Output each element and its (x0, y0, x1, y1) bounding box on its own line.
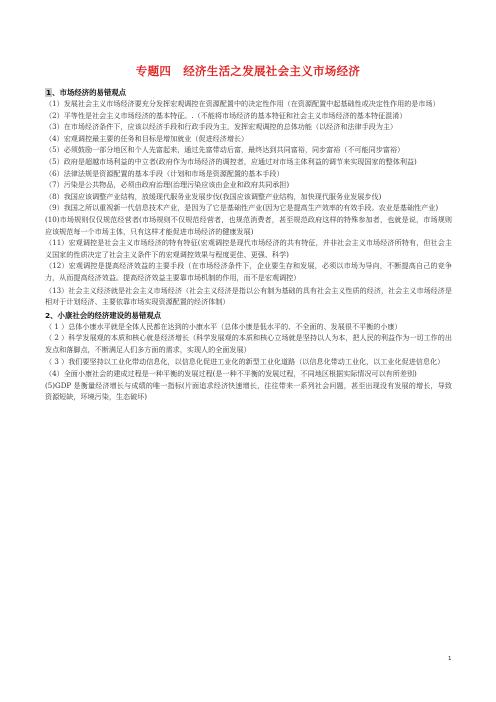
section-xiaokang-society: 2、小康社会的经济建设的易错观点 （ 1 ）总体小康水平就是全体人民都在达到的小… (45, 310, 452, 403)
list-item: （1）发展社会主义市场经济要充分发挥宏观调控在资源配置中的决定性作用（在资源配置… (45, 98, 452, 110)
section-heading-text: 、市场经济的易错观点 (52, 88, 126, 97)
list-item: （3）在市场经济条件下，应该以经济手段和行政手段为主，发挥宏观调控的总体功能（以… (45, 121, 452, 133)
list-item: （ 2 ）科学发展观的本质和核心就是经济增长（科学发展观的本质和核心立场就是坚持… (45, 332, 452, 355)
list-item: （13）社会主义经济就是社会主义市场经济（社会主义经济是指以公有制为基础的具有社… (45, 285, 452, 308)
list-item: （11）宏观调控是社会主义市场经济的特有特征(宏观调控是现代市场经济的共有特征，… (45, 237, 452, 260)
title-topic-number: 专题四 (136, 64, 171, 78)
list-item: （5）政府是超越市场利益的中立者(政府作为市场经济的调控者，应通过对市场主体利益… (45, 156, 452, 168)
document-body: 1、市场经济的易错观点 （1）发展社会主义市场经济要充分发挥宏观调控在资源配置中… (45, 87, 452, 403)
title-topic-name: 经济生活之发展社会主义市场经济 (183, 64, 360, 78)
section-heading-text: 、小康社会的经济建设的易错观点 (50, 311, 161, 320)
list-item: （9）我国之所以重视新一代信息技术产业，是因为了它是基础性产业(因为它是提高生产… (45, 202, 452, 214)
list-item: （7）污染是公共物品，必须由政府治理(治理污染应该由企业和政府共同承担) (45, 179, 452, 191)
list-item: （8）我国应该调整产业结构，放缓现代服务业发展步伐(我国应该调整产业结构，加快现… (45, 191, 452, 203)
list-item: （6）法律法规是资源配置的基本手段（计划和市场是资源配置的基本手段） (45, 168, 452, 180)
list-item: (10)市场规则仅仅规范经营者(市场规则不仅规范经营者，也规范消费者，甚至规范政… (45, 214, 452, 237)
document-title: 专题四经济生活之发展社会主义市场经济 (0, 63, 496, 79)
document-page: 专题四经济生活之发展社会主义市场经济 1、市场经济的易错观点 （1）发展社会主义… (0, 0, 496, 702)
list-item: （4）全面小康社会的建成过程是一种平衡的发展过程(是一种不平衡的发展过程，不同地… (45, 368, 452, 380)
section-market-economy: 1、市场经济的易错观点 （1）发展社会主义市场经济要充分发挥宏观调控在资源配置中… (45, 87, 452, 308)
page-number: 1 (448, 656, 452, 662)
list-item: （4）宏观调控最主要的任务和目标是增加就业（促进经济增长） (45, 133, 452, 145)
list-item: （5）必须鼓励一部分地区和个人先富起来，通过先富带动后富，最终达到共同富裕，同步… (45, 144, 452, 156)
section-heading: 1、市场经济的易错观点 (45, 87, 452, 98)
section-heading: 2、小康社会的经济建设的易错观点 (45, 310, 452, 321)
list-item: （ 1 ）总体小康水平就是全体人民都在达到的小康水平（总体小康是低水平的、不全面… (45, 321, 452, 333)
list-item: （12）宏观调控是提高经济效益的主要手段（在市场经济条件下，企业要生存和发展，必… (45, 260, 452, 283)
list-item: (5)GDP 是衡量经济增长与成绩的唯一指标(片面追求经济快速增长，往往带来一系… (45, 380, 452, 403)
list-item: （ 3 ）我们要坚持以工业化带动信息化，以信息化促进工业化的新型工业化道路（以信… (45, 356, 452, 368)
list-item: （2）平等性是社会主义市场经济的基本特征。.（不能将市场经济的基本特征和社会主义… (45, 110, 452, 122)
